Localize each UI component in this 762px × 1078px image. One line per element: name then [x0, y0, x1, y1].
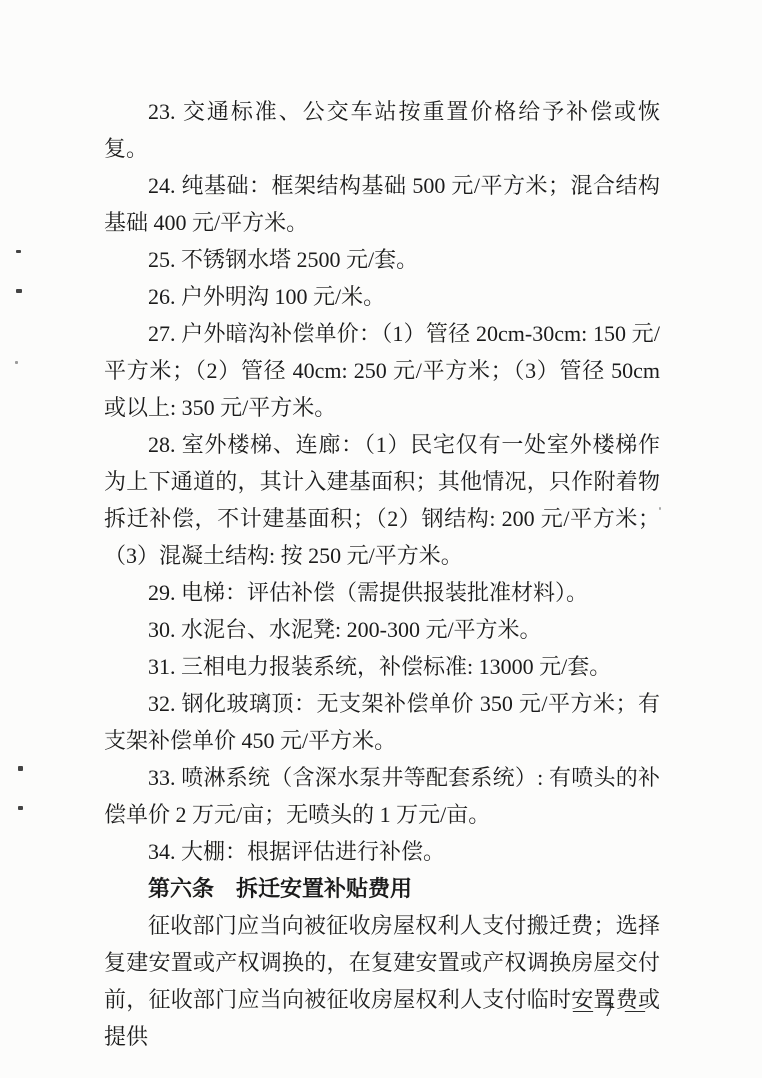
scanned-document-page: 23. 交通标准、公交车站按重置价格给予补偿或恢复。 24. 纯基础：框架结构基… — [0, 0, 762, 1078]
paragraph-item-28: 28. 室外楼梯、连廊：（1）民宅仅有一处室外楼梯作为上下通道的，其计入建基面积… — [104, 426, 660, 574]
scan-speckle — [16, 250, 21, 253]
paragraph-item-30: 30. 水泥台、水泥凳: 200-300 元/平方米。 — [104, 611, 660, 648]
paragraph-item-33: 33. 喷淋系统（含深水泵井等配套系统）: 有喷头的补偿单价 2 万元/亩；无喷… — [104, 759, 660, 833]
document-body: 23. 交通标准、公交车站按重置价格给予补偿或恢复。 24. 纯基础：框架结构基… — [104, 93, 660, 1055]
paragraph-item-29: 29. 电梯：评估补偿（需提供报装批准材料）。 — [104, 574, 660, 611]
paragraph-item-23: 23. 交通标准、公交车站按重置价格给予补偿或恢复。 — [104, 93, 660, 167]
paragraph-item-26: 26. 户外明沟 100 元/米。 — [104, 278, 660, 315]
page-number: — 7 — — [573, 999, 648, 1022]
scan-speckle — [16, 289, 22, 293]
article-6-body-paragraph: 征收部门应当向被征收房屋权利人支付搬迁费；选择复建安置或产权调换的，在复建安置或… — [104, 907, 660, 1055]
paragraph-item-25: 25. 不锈钢水塔 2500 元/套。 — [104, 241, 660, 278]
scan-speckle — [15, 361, 18, 364]
paragraph-item-27: 27. 户外暗沟补偿单价：（1）管径 20cm-30cm: 150 元/平方米；… — [104, 315, 660, 426]
paragraph-item-31: 31. 三相电力报装系统，补偿标准: 13000 元/套。 — [104, 648, 660, 685]
article-6-heading: 第六条 拆迁安置补贴费用 — [104, 870, 660, 907]
paragraph-item-34: 34. 大棚：根据评估进行补偿。 — [104, 833, 660, 870]
scan-speckle — [18, 766, 23, 771]
paragraph-item-32: 32. 钢化玻璃顶：无支架补偿单价 350 元/平方米；有支架补偿单价 450 … — [104, 685, 660, 759]
scan-speckle — [18, 806, 23, 810]
paragraph-item-24: 24. 纯基础：框架结构基础 500 元/平方米；混合结构基础 400 元/平方… — [104, 167, 660, 241]
